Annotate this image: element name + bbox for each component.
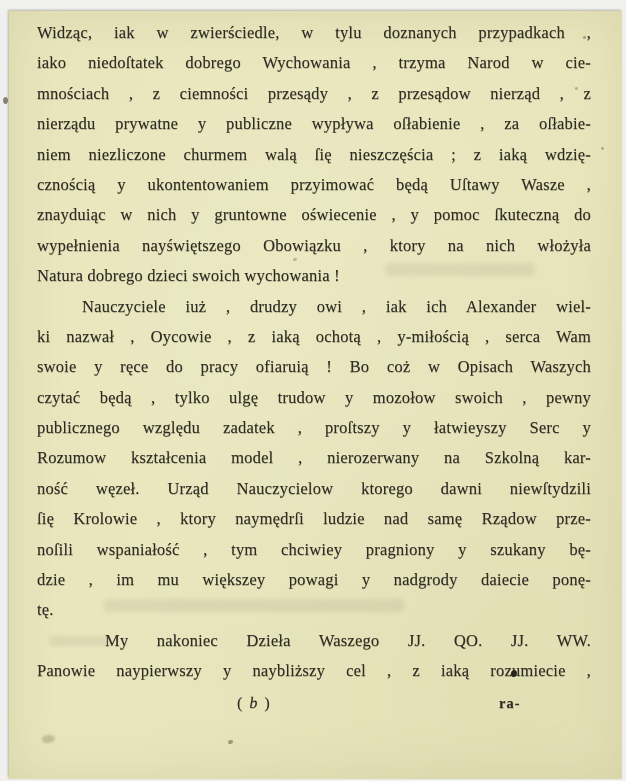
ink-speck [228, 740, 233, 744]
text-line: swoie y ręce do pracy ofiaruią ! Bo coż … [37, 352, 591, 382]
text-line: ſię Krolowie , ktory naymędrſi ludzie na… [37, 504, 591, 534]
paragraph-1: Widząc, iak w zwierściedle, w tylu dozna… [37, 18, 591, 292]
text-line: znayduiąc w nich y gruntowne oświecenie … [37, 200, 591, 230]
text-line: wypełnienia nayświętszego Obowiązku , kt… [37, 231, 591, 261]
text-line: nierządu prywatne y publiczne wypływa oſ… [37, 109, 591, 139]
signature-letter: b [242, 695, 264, 712]
text-line: ność węzeł. Urząd Nauczycielow ktorego d… [37, 474, 591, 504]
scan-edge-speck [3, 97, 8, 104]
text-line: Panowie naypierwszy y naybliższy cel , z… [37, 656, 591, 686]
text-line: Natura dobrego dzieci swoich wychowania … [37, 261, 591, 291]
catchword: ra- [499, 696, 521, 713]
text-line: niem niezliczone churmem walą ſię nieszc… [37, 140, 591, 170]
text-line: Nauczyciele iuż , drudzy owi , iak ich A… [37, 292, 591, 322]
text-line: noſili wspaniałość , tym chciwiey pragni… [37, 535, 591, 565]
text-line: cznością y ukontentowaniem przyimować bę… [37, 170, 591, 200]
ink-speck [601, 147, 604, 150]
text-line: publicznego względu zadatek , proſtszy y… [37, 413, 591, 443]
ink-speck [42, 735, 55, 743]
text-line: Rozumow kształcenia model , nierozerwany… [37, 443, 591, 473]
text-line: ki nazwał , Oycowie , z iaką ochotą , y-… [37, 322, 591, 352]
text-line: czytać będą , tylko ulgę trudow y mozoło… [37, 383, 591, 413]
page-footer: (b) ra- [37, 695, 591, 723]
signature-mark: (b) [237, 695, 270, 713]
book-page-paper: Widząc, iak w zwierściedle, w tylu dozna… [9, 11, 622, 779]
paragraph-3: My nakoniec Dzieła Waszego JJ. QO. JJ. W… [37, 626, 591, 687]
paragraph-2: Nauczyciele iuż , drudzy owi , iak ich A… [37, 292, 591, 626]
text-line: My nakoniec Dzieła Waszego JJ. QO. JJ. W… [37, 626, 591, 656]
text-line: Widząc, iak w zwierściedle, w tylu dozna… [37, 18, 591, 48]
text-block: Widząc, iak w zwierściedle, w tylu dozna… [37, 18, 591, 687]
text-line: iako niedoſtatek dobrego Wychowania , tr… [37, 48, 591, 78]
text-line: mnościach , z ciemności przesądy , z prz… [37, 79, 591, 109]
signature-close-paren: ) [264, 695, 269, 712]
text-line: tę. [37, 595, 591, 625]
scanned-page: Widząc, iak w zwierściedle, w tylu dozna… [0, 0, 626, 781]
text-line: dzie , im mu większey powagi y nadgrody … [37, 565, 591, 595]
